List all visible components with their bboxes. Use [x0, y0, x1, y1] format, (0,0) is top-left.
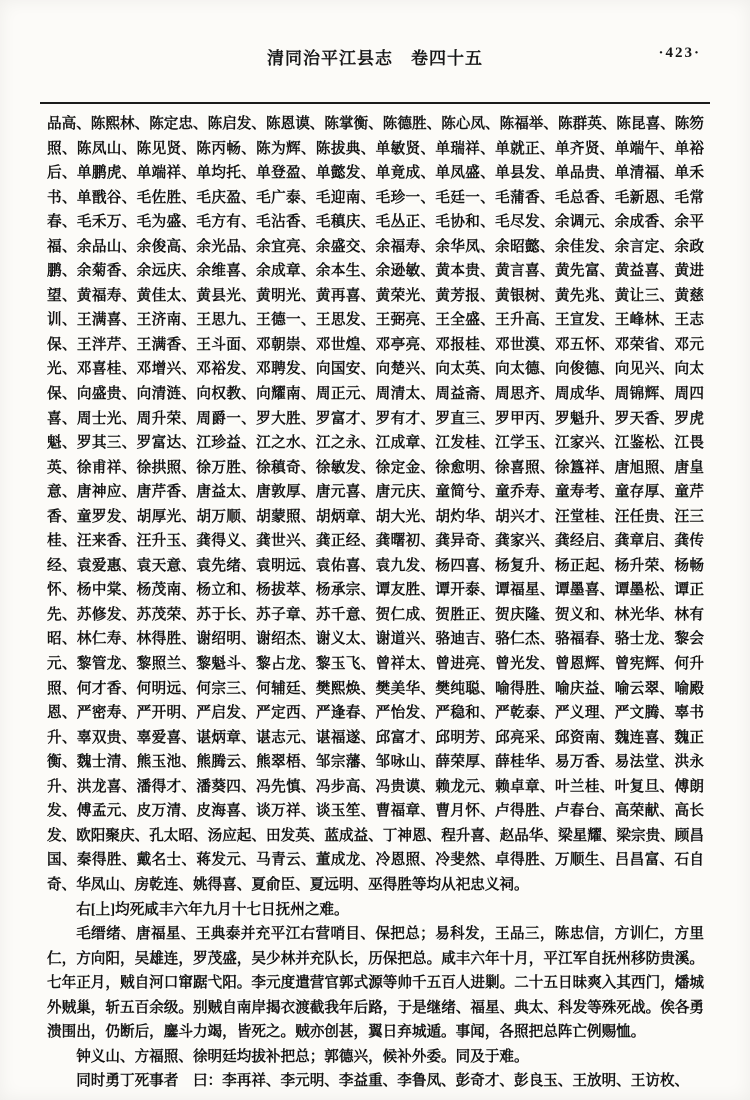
paragraph-fallen-soldiers: 同时勇丁死事者 曰：李再祥、李元明、李益重、李鲁凤、彭奇才、彭良玉、王放明、王访… — [47, 1069, 704, 1094]
page-body: 品高、陈熙林、陈定忠、陈启发、陈恩谟、陈掌衡、陈德胜、陈心凤、陈福举、陈群英、陈… — [47, 112, 704, 1094]
page-title: 清同治平江县志 卷四十五 — [47, 44, 703, 69]
paragraph-name-list: 品高、陈熙林、陈定忠、陈启发、陈恩谟、陈掌衡、陈德胜、陈心凤、陈福举、陈群英、陈… — [47, 112, 704, 898]
page-header: 清同治平江县志 卷四十五 ·423· — [47, 44, 703, 70]
paragraph-promoted-officers: 钟义山、方福照、徐明廷均拔补把总；郭德兴，候补外委。同及于难。 — [47, 1045, 704, 1070]
page-number: ·423· — [658, 45, 701, 62]
header-divider — [40, 102, 710, 104]
paragraph-note-fuzhou: 右[上]均死咸丰六年九月十七日抚州之难。 — [47, 898, 704, 923]
paragraph-battle-account: 毛缙绪、唐福星、王典泰并充平江右营哨目、保把总；易科发，王品三，陈忠信，方训仁，… — [47, 922, 704, 1045]
gazetteer-page: 清同治平江县志 卷四十五 ·423· 品高、陈熙林、陈定忠、陈启发、陈恩谟、陈掌… — [0, 0, 750, 1100]
